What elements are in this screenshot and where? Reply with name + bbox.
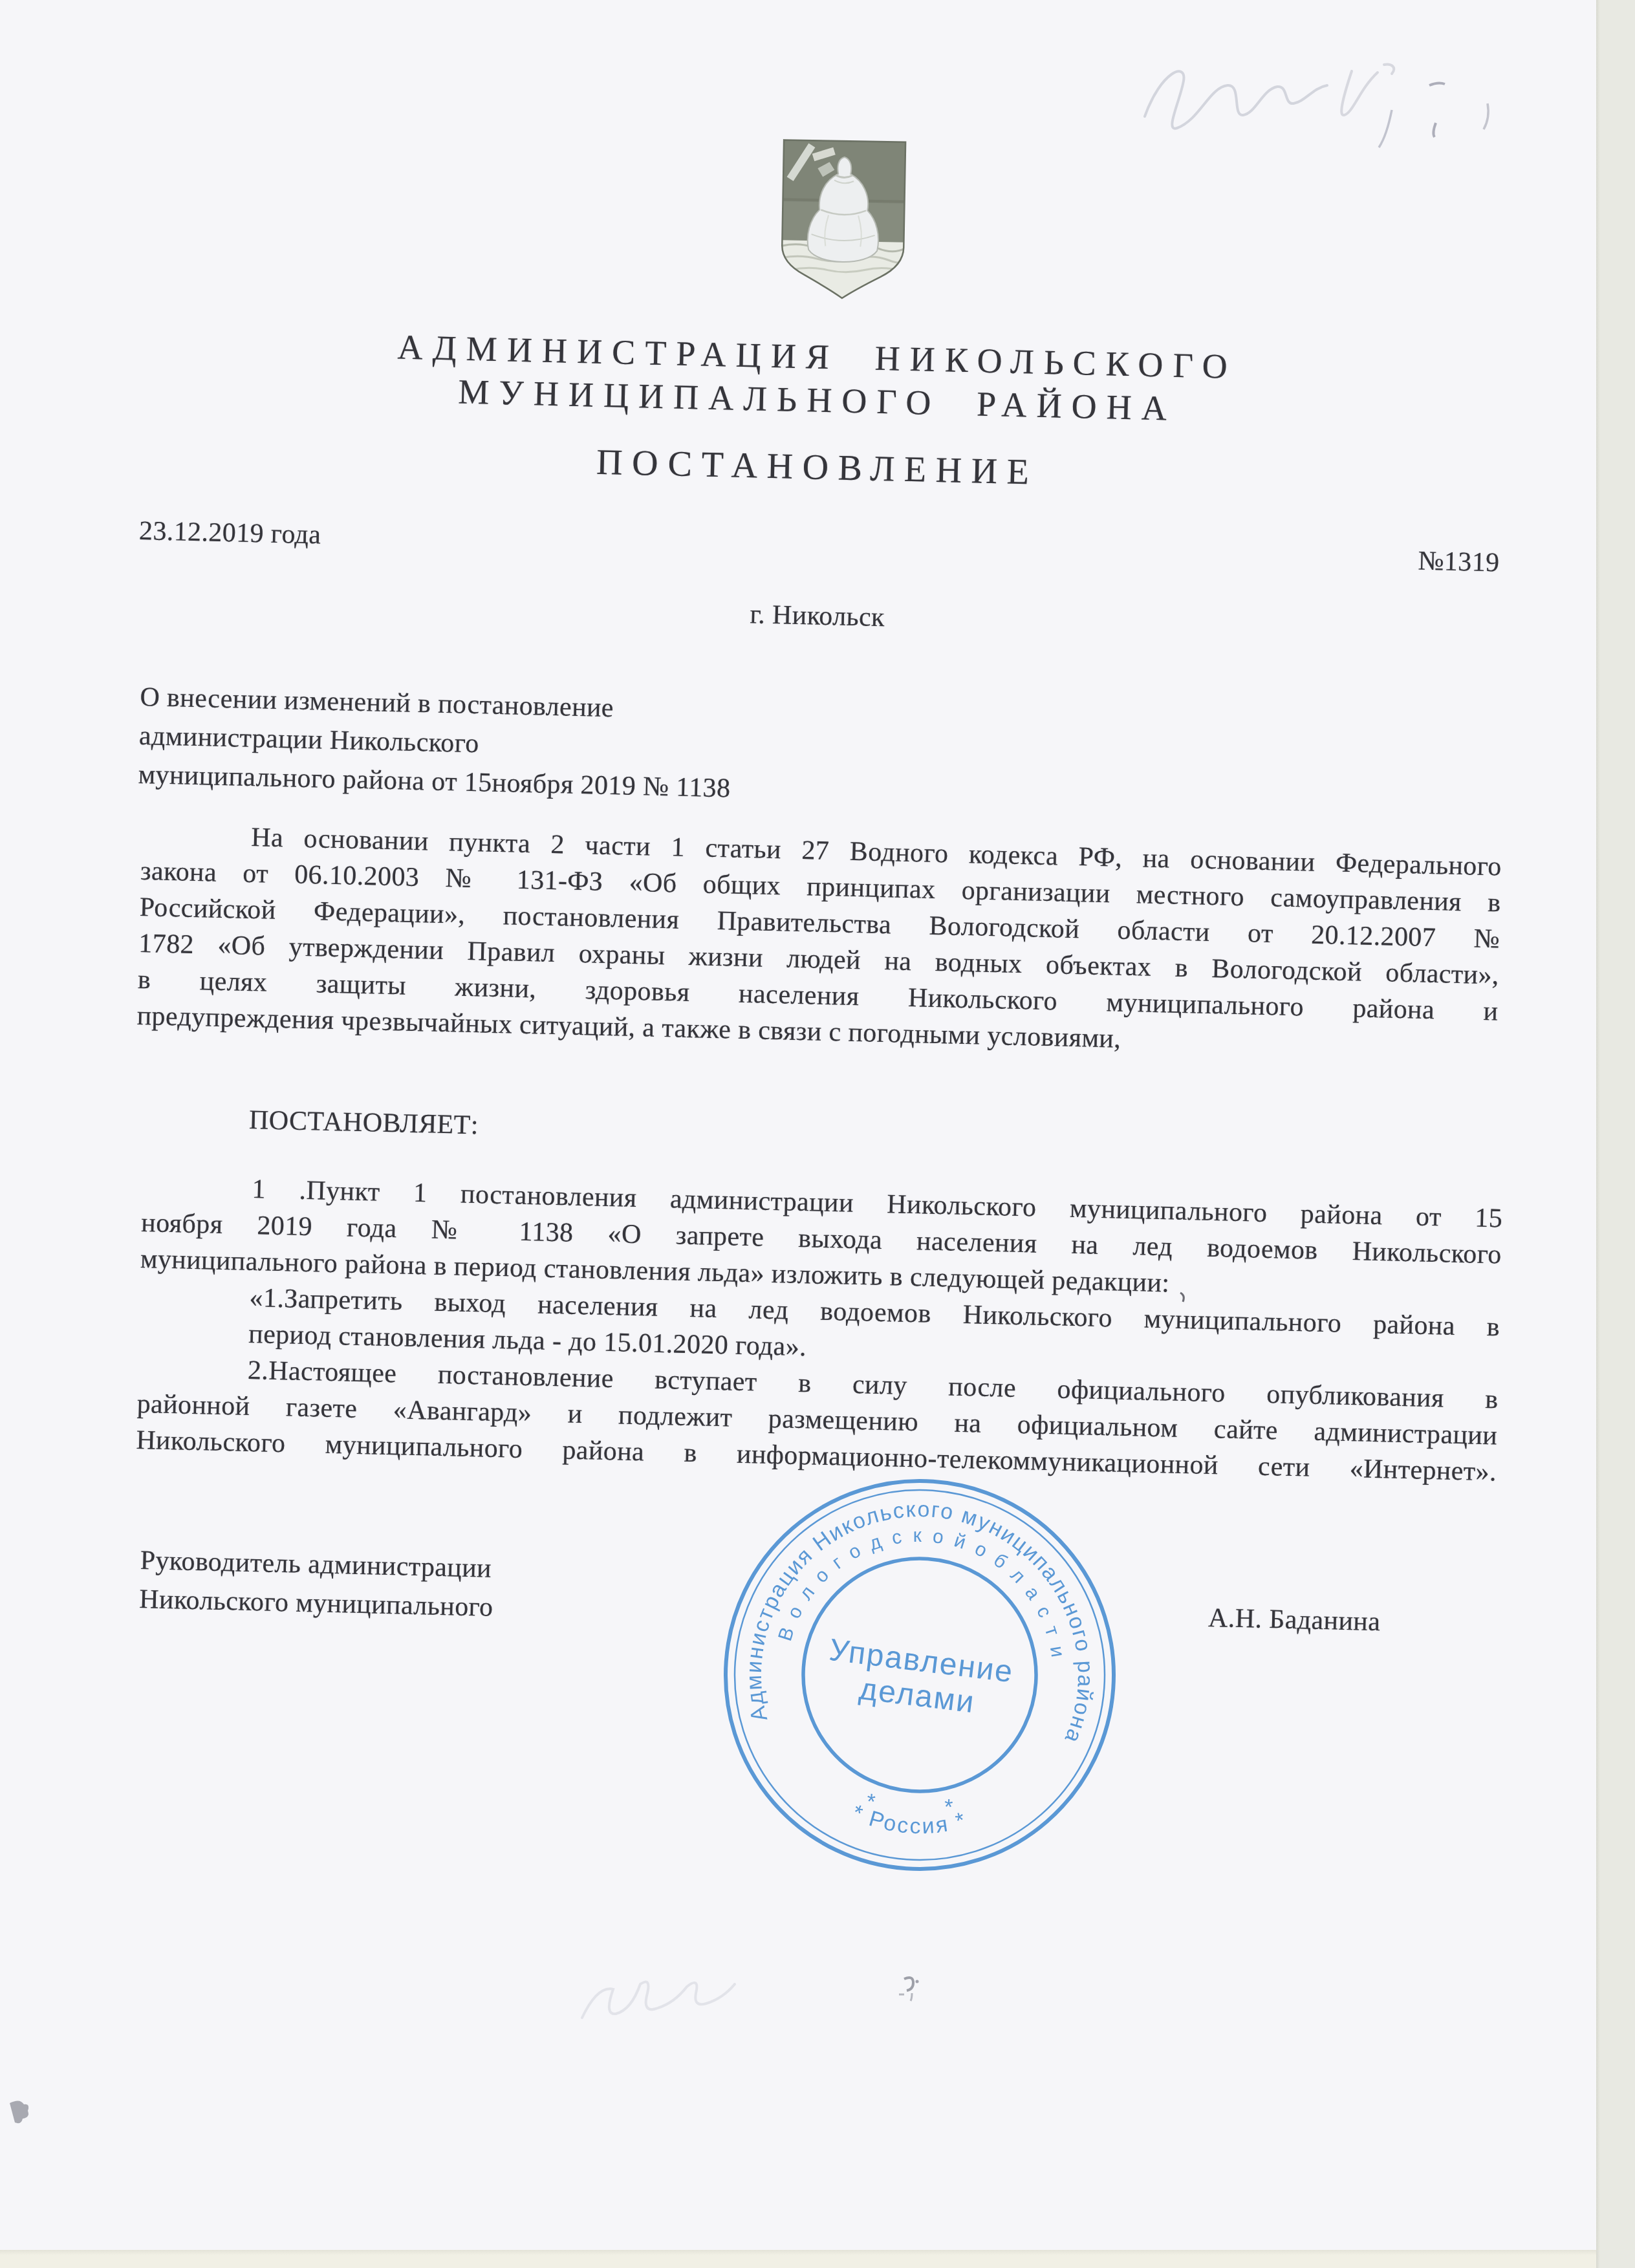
subject-block: О внесении изменений в постановление адм… — [138, 679, 1501, 828]
city-line: г. Никольск — [0, 579, 1635, 654]
official-round-stamp: Администрация Никольского муниципального… — [704, 1460, 1135, 1890]
scan-smudge-bottom-left — [3, 2094, 42, 2133]
scan-artifact-mark — [893, 1972, 931, 2018]
pencil-scribble-bottom — [569, 1966, 893, 2037]
scan-artifact-apostrophe — [1174, 1290, 1193, 1310]
document-date: 23.12.2019 года — [138, 513, 321, 554]
document-type-title: ПОСТАНОВЛЕНИЕ — [0, 427, 1635, 508]
signer-name: А.Н. Баданина — [1207, 1600, 1380, 1640]
scanned-document-scan: { "document": { "org_line1": "АДМИНИСТРА… — [0, 0, 1635, 2268]
preamble-paragraph: На основании пункта 2 части 1 статьи 27 … — [136, 817, 1502, 1066]
stamp-star-left: * — [866, 1789, 876, 1815]
pencil-scribble-top-right — [1099, 26, 1552, 194]
coat-of-arms-emblem — [778, 138, 909, 301]
resolves-label: ПОСТАНОВЛЯЕТ: — [138, 1099, 1610, 1171]
document-number: №1319 — [1418, 543, 1500, 581]
scanner-background-bottom-edge — [0, 2250, 1596, 2268]
stamp-star-right: * — [944, 1795, 954, 1820]
resolution-body: 1 .Пункт 1 постановления администрации Н… — [136, 1169, 1503, 1490]
stamp-center-text: Управление делами — [823, 1633, 1015, 1724]
